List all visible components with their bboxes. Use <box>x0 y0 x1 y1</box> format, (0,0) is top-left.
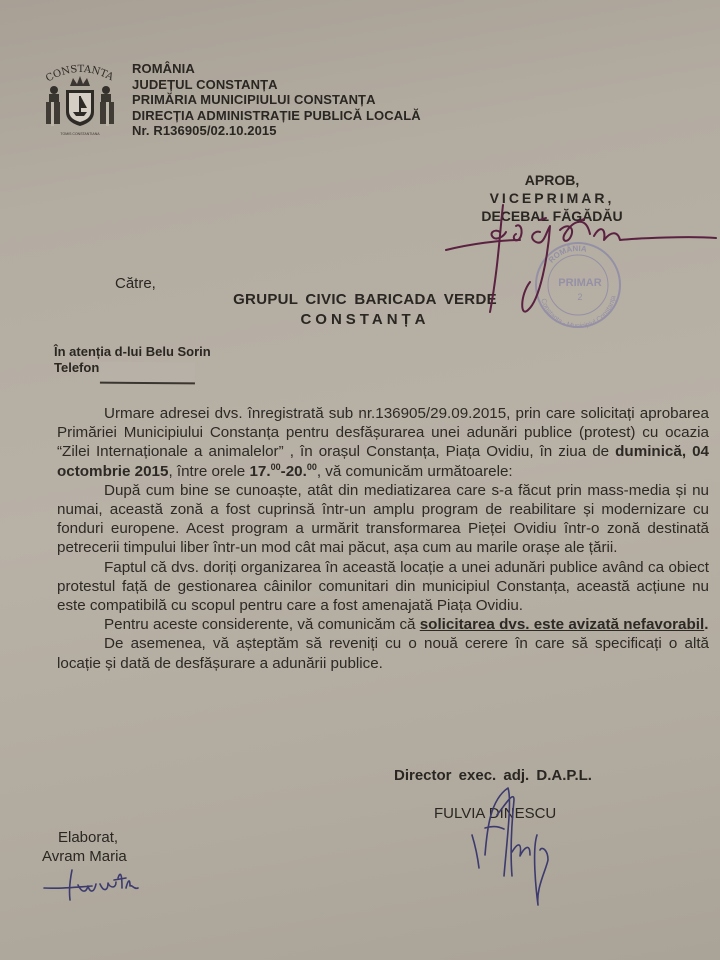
svg-text:TOMIS CONSTANTIANA: TOMIS CONSTANTIANA <box>60 132 100 136</box>
institution-header: ROMÂNIA JUDEȚUL CONSTANȚA PRIMĂRIA MUNIC… <box>132 61 421 139</box>
header-directorate: DIRECȚIA ADMINISTRAȚIE PUBLICĂ LOCALĂ <box>132 108 421 124</box>
paragraph-context: După cum bine se cunoaște, atât din medi… <box>57 481 709 558</box>
approval-role: VICEPRIMAR, <box>462 189 642 207</box>
phone-redaction <box>100 362 195 385</box>
director-title: Director exec. adj. D.A.P.L. <box>394 767 592 784</box>
svg-text:Constanța - Municipiul Constan: Constanța - Municipiul Constanța <box>539 295 617 330</box>
event-time: 17.00-20.00 <box>249 463 316 480</box>
recipient-organization: GRUPUL CIVIC BARICADA VERDE <box>230 290 500 310</box>
paragraph-decision: Pentru aceste considerente, vă comunicăm… <box>57 615 709 634</box>
header-county: JUDEȚUL CONSTANȚA <box>132 77 421 93</box>
director-name: FULVIA DINESCU <box>434 805 556 822</box>
official-stamp-icon: ROMÂNIA Constanța - Municipiul Constanța… <box>536 243 620 330</box>
approval-name: DECEBAL FĂGĂDĂU <box>462 207 642 225</box>
prepared-by: Elaborat, Avram Maria <box>42 828 127 866</box>
city-coat-of-arms-icon: CONSTANTA TOMIS CONSTANTIANA <box>40 60 120 138</box>
paragraph-followup: De asemenea, vă așteptăm să reveniți cu … <box>57 634 709 672</box>
city-coat-of-arms: CONSTANTA TOMIS CONSTANTIANA <box>40 60 120 138</box>
header-city-hall: PRIMĂRIA MUNICIPIULUI CONSTANȚA <box>132 92 421 108</box>
letter-body: Urmare adresei dvs. înregistrată sub nr.… <box>57 404 709 673</box>
approval-block: APROB, VICEPRIMAR, DECEBAL FĂGĂDĂU <box>462 171 642 225</box>
prepared-by-signature-icon <box>44 870 138 900</box>
svg-text:PRIMAR: PRIMAR <box>558 277 601 289</box>
svg-text:ROMÂNIA: ROMÂNIA <box>547 244 588 265</box>
prepared-by-name: Avram Maria <box>42 847 127 866</box>
prepared-by-label: Elaborat, <box>42 828 127 847</box>
recipient: GRUPUL CIVIC BARICADA VERDE CONSTANȚA <box>230 290 500 330</box>
decision-text: solicitarea dvs. este avizată nefavorabi… <box>420 616 704 633</box>
approval-label: APROB, <box>462 171 642 189</box>
header-country: ROMÂNIA <box>132 61 421 77</box>
paragraph-request: Urmare adresei dvs. înregistrată sub nr.… <box>57 404 709 481</box>
attention-person: În atenția d-lui Belu Sorin <box>54 344 211 360</box>
recipient-city: CONSTANȚA <box>230 310 500 330</box>
svg-text:2: 2 <box>577 292 582 302</box>
salutation: Către, <box>115 275 156 292</box>
paragraph-reason: Faptul că dvs. doriți organizarea în ace… <box>57 558 709 616</box>
header-registration-number: Nr. R136905/02.10.2015 <box>132 123 421 139</box>
